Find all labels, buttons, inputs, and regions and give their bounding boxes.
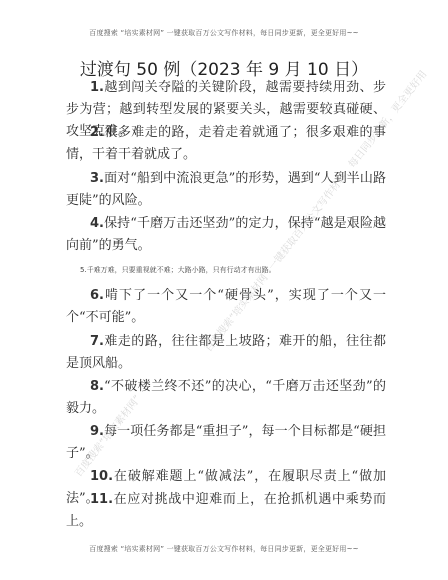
list-item: 5.千难万难，只要重视就不难；大路小路，只有行动才有出路。 (66, 264, 386, 276)
list-item: 6.啃下了一个又一个“硬骨头”，实现了一个又一个“不可能”。 (66, 285, 386, 329)
list-item: 7.难走的路，往往都是上坡路；难开的船，往往都是顶风船。 (66, 331, 386, 375)
list-item: 4.保持“千磨万击还坚劲”的定力，保持“越是艰险越向前”的勇气。 (66, 213, 386, 257)
document-page: 百度搜索 “培实素材网” 一键获取百万公文写作材料，每日同步更新，更全更好用~~… (0, 0, 448, 580)
list-item: 9.每一项任务都是“重担子”，每一个目标都是“硬担子”。 (66, 421, 386, 465)
list-item: 2.很多难走的路，走着走着就通了；很多艰难的事情，干着干着就成了。 (66, 122, 386, 166)
page-footer: 百度搜索 “培实素材网” 一键获取百万公文写作材料，每日同步更新，更全更好用~~ (0, 544, 448, 554)
list-item: 3.面对“船到中流浪更急”的形势，遇到“人到半山路更陡”的风险。 (66, 168, 386, 212)
list-item: 8.“不破楼兰终不还”的决心，“千磨万击还坚劲”的毅力。 (66, 376, 386, 420)
page-header: 百度搜索 “培实素材网” 一键获取百万公文写作材料，每日同步更新，更全更好用~~ (0, 28, 448, 38)
list-item: 11.在应对挑战中迎难而上，在抢抓机遇中乘势而上。 (66, 489, 386, 533)
